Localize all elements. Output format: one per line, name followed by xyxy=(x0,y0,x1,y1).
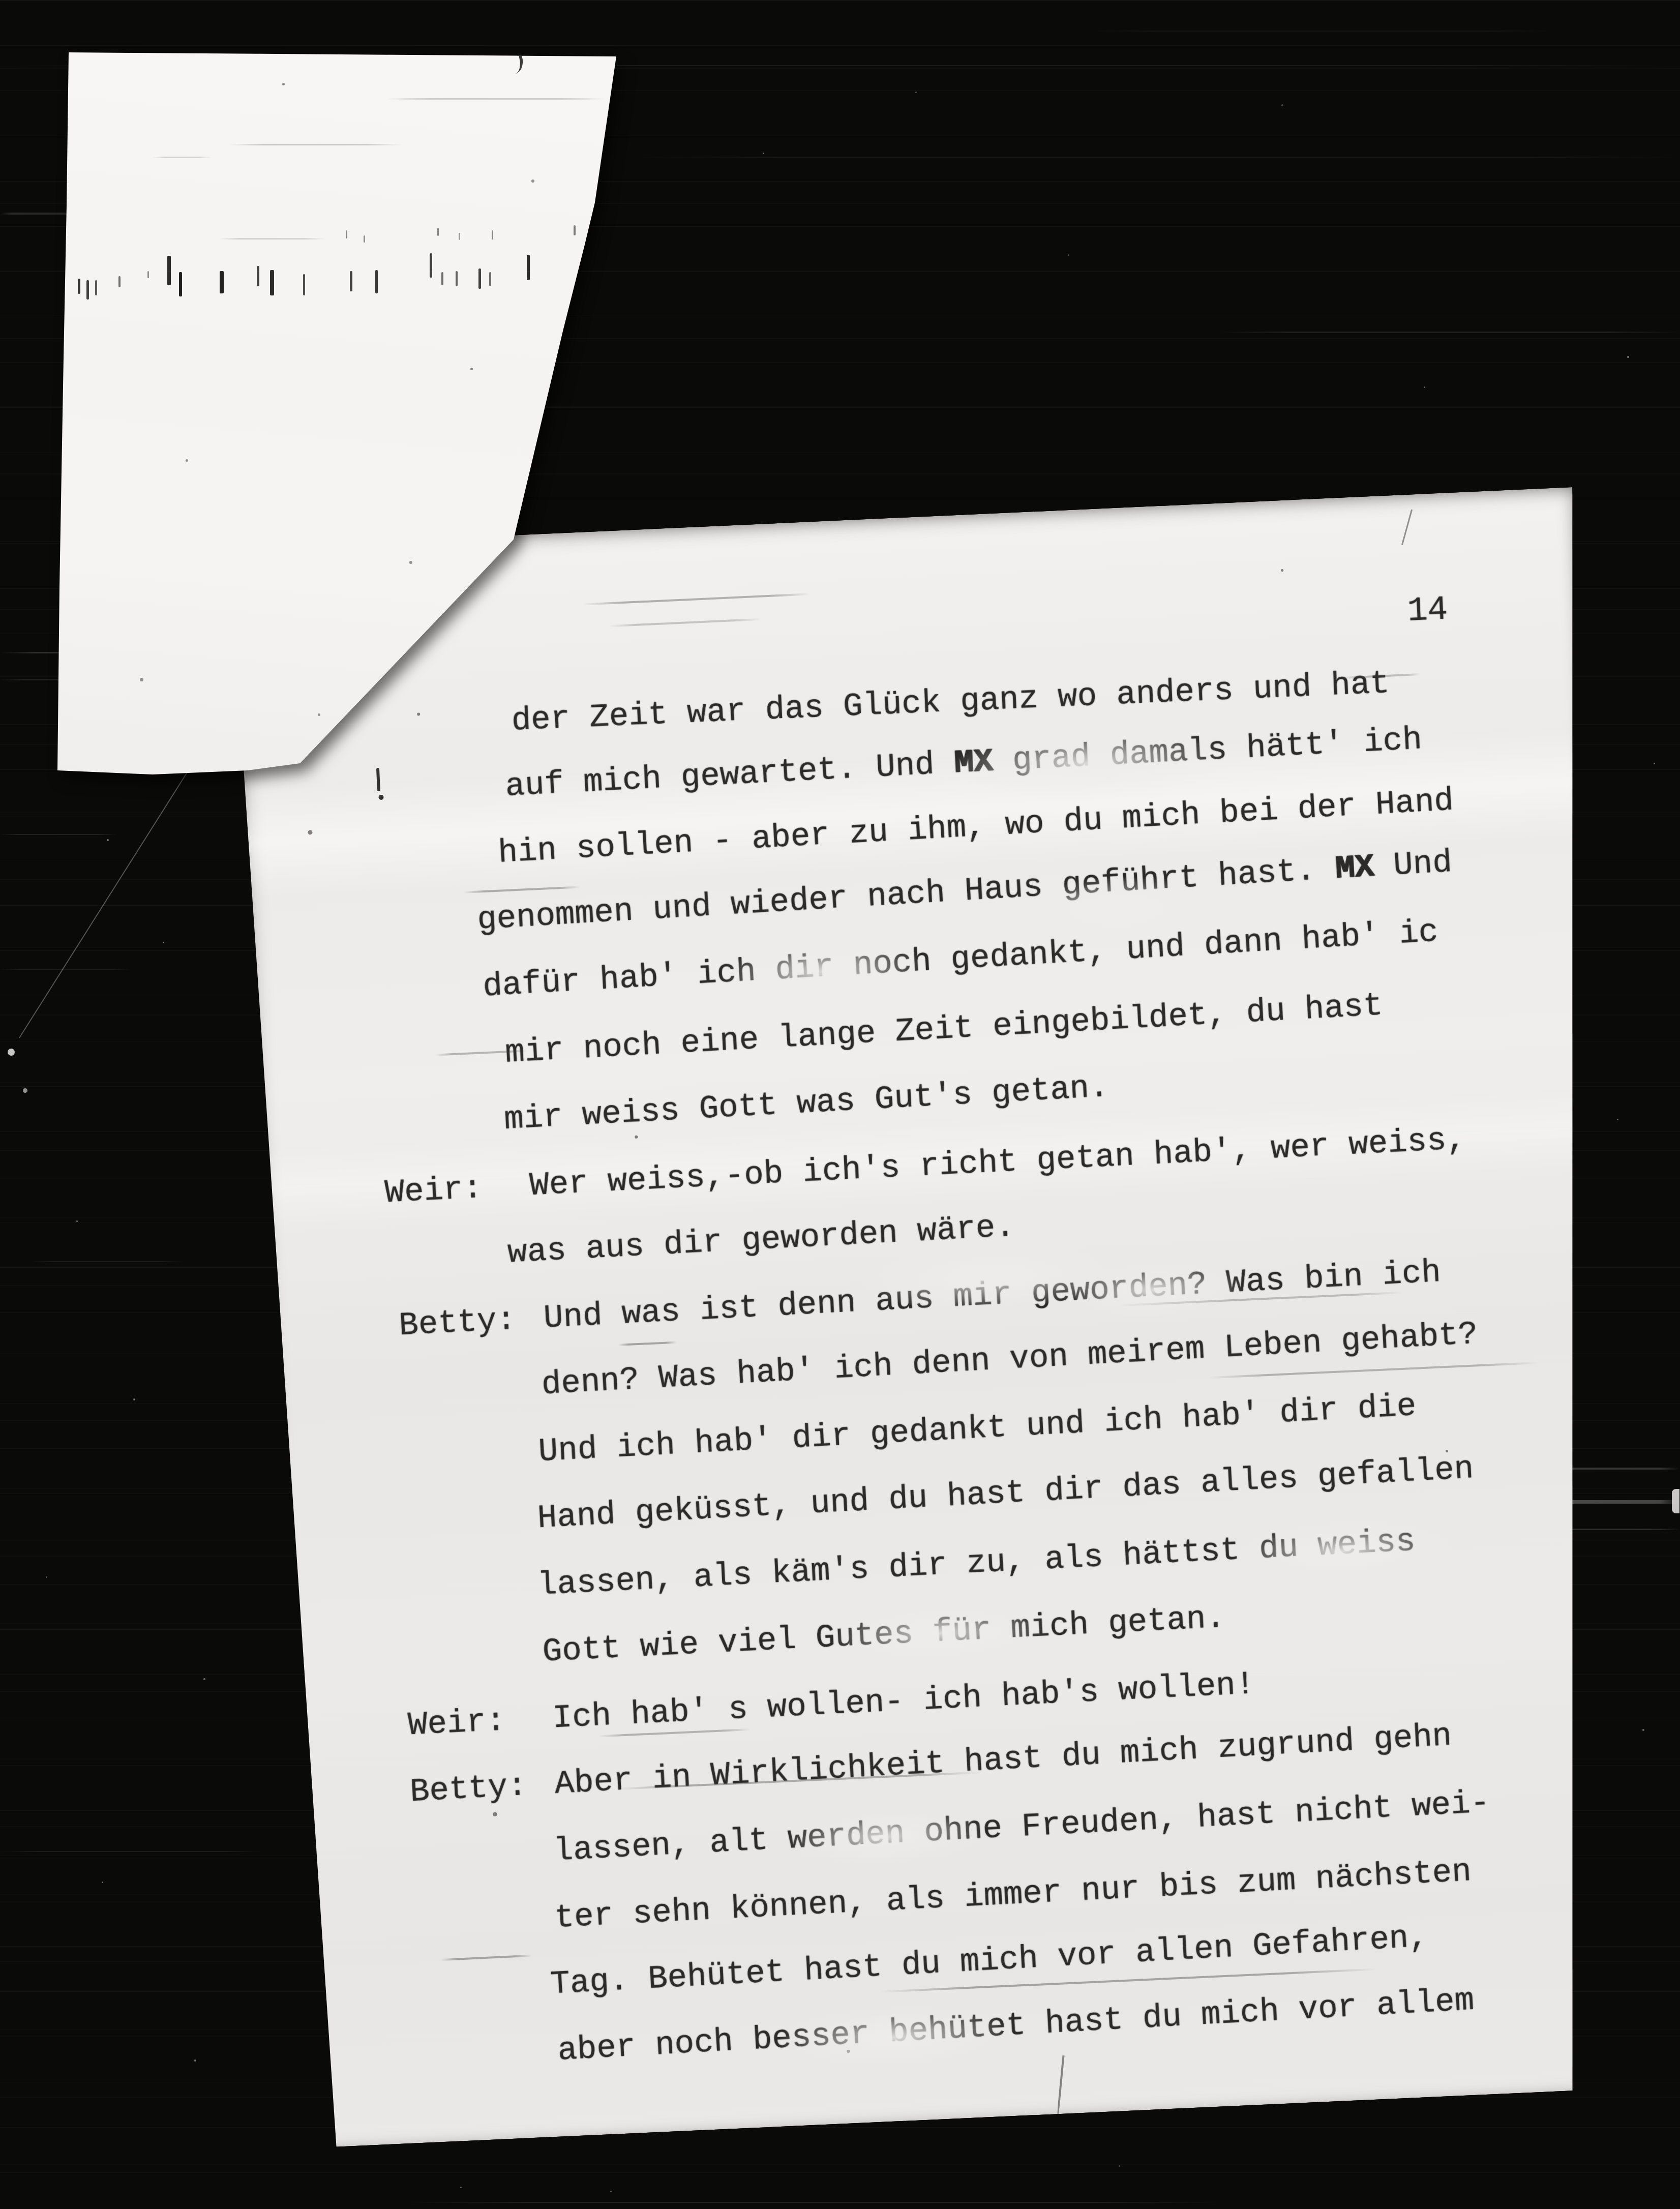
speaker-label xyxy=(361,1062,506,1069)
dust-speck xyxy=(203,1678,205,1680)
dust-speck xyxy=(107,839,109,841)
bleedthrough-tick xyxy=(478,268,481,289)
bleedthrough-tick xyxy=(459,233,460,240)
speaker-label: Betty: xyxy=(408,1752,557,1826)
bleedthrough-tick xyxy=(456,271,458,286)
speaker-label xyxy=(413,2059,558,2068)
dust-speck xyxy=(1654,763,1655,764)
scratch-mark xyxy=(1401,510,1413,545)
speaker-label xyxy=(398,1661,543,1668)
dust-speck xyxy=(8,1049,15,1056)
bleedthrough-tick xyxy=(489,272,491,286)
bleedthrough-tick xyxy=(118,276,121,287)
speaker-label xyxy=(360,1128,505,1136)
speaker-label xyxy=(354,862,499,870)
dust-speck xyxy=(1627,356,1629,358)
dust-speck xyxy=(1424,386,1425,388)
fragment-speck xyxy=(567,317,569,319)
overstruck-chars: MX xyxy=(953,744,994,783)
bleedthrough-tick xyxy=(375,270,378,293)
dust-speck xyxy=(194,2059,196,2062)
scan-streak xyxy=(1093,31,1551,32)
speaker-label xyxy=(395,1460,539,1468)
speaker-label xyxy=(406,1993,551,2001)
fragment-speck xyxy=(470,368,473,370)
speaker-label xyxy=(333,929,477,938)
bleedthrough-tick xyxy=(270,270,274,295)
dust-speck xyxy=(46,1576,47,1578)
fragment-speck xyxy=(140,678,143,681)
fragment-hairline xyxy=(153,157,211,158)
speaker-label: Weir: xyxy=(383,1153,531,1227)
fragment-speck xyxy=(409,561,412,564)
torn-paper-fragment xyxy=(53,52,618,777)
fragment-speck xyxy=(531,180,534,183)
scan-streak xyxy=(31,1261,183,1262)
page-ink-speck xyxy=(308,830,312,834)
bleedthrough-tick xyxy=(574,225,576,235)
bleedthrough-tick xyxy=(492,230,493,240)
dust-speck xyxy=(1068,254,1069,256)
bleedthrough-tick xyxy=(167,256,171,285)
bleedthrough-tick xyxy=(430,253,432,278)
diagonal-scratch xyxy=(19,756,198,1038)
speaker-label: Betty: xyxy=(397,1286,545,1360)
bleedthrough-tick xyxy=(95,280,97,295)
bleedthrough-tick xyxy=(437,228,439,236)
dust-speck xyxy=(133,1398,135,1400)
speaker-label xyxy=(393,1594,538,1601)
dust-speck xyxy=(1119,2165,1120,2167)
scan-streak xyxy=(0,969,132,970)
speaker-label xyxy=(393,1527,538,1535)
scan-streak xyxy=(1220,332,1680,333)
dust-speck xyxy=(915,92,917,93)
fragment-speck xyxy=(318,713,320,716)
speaker-label xyxy=(364,1262,508,1270)
dust-speck xyxy=(1281,104,1283,106)
bleedthrough-tick xyxy=(303,274,305,295)
overstruck-chars: MX xyxy=(1334,849,1375,888)
bleedthrough-tick xyxy=(257,266,259,286)
dust-speck xyxy=(460,2187,462,2188)
page-ink-speck xyxy=(1281,569,1283,572)
speaker-label xyxy=(398,1393,543,1401)
fragment-hairline xyxy=(219,238,325,240)
scan-streak xyxy=(0,834,117,835)
bleedthrough-tick xyxy=(220,271,224,293)
dust-speck xyxy=(102,1882,103,1883)
bleedthrough-tick xyxy=(179,272,182,296)
bleedthrough-tick xyxy=(147,271,149,278)
bleedthrough-tick xyxy=(78,279,80,294)
scan-streak xyxy=(0,1851,264,1852)
paper-fragment-wrap xyxy=(53,52,618,777)
line-text: was aus dir geworden wäre. xyxy=(507,1209,1016,1272)
speaker-label xyxy=(409,1860,554,1868)
speaker-label: Weir: xyxy=(406,1686,554,1760)
scan-artifact-line xyxy=(609,618,762,628)
bleedthrough-tick xyxy=(441,272,443,285)
fragment-hairline xyxy=(386,98,605,100)
fragment-speck xyxy=(282,83,285,85)
dust-speck xyxy=(1642,1729,1644,1731)
dust-speck xyxy=(610,2191,612,2192)
scan-streak xyxy=(407,2202,1220,2203)
ink-squiggle xyxy=(503,49,526,76)
dust-speck xyxy=(23,1088,27,1093)
dust-speck xyxy=(763,153,764,154)
dust-speck xyxy=(1617,1119,1618,1120)
bleedthrough-tick xyxy=(364,235,365,243)
dust-speck xyxy=(163,942,164,943)
scratch-mark xyxy=(1057,2055,1064,2116)
scan-streak xyxy=(636,157,1680,158)
fragment-speck xyxy=(186,459,188,462)
speaker-label xyxy=(339,996,484,1004)
bleedthrough-tick xyxy=(350,271,352,291)
scanned-document: 14 der Zeit war das Glück ganz wo anders… xyxy=(0,0,1680,2209)
fragment-hairline xyxy=(229,144,402,145)
bleedthrough-tick xyxy=(86,280,89,300)
bleedthrough-tick xyxy=(527,255,530,280)
page-number: 14 xyxy=(1406,590,1449,631)
bleedthrough-tick xyxy=(346,230,347,238)
dust-speck xyxy=(76,1220,78,1222)
speaker-label xyxy=(410,1927,555,1934)
